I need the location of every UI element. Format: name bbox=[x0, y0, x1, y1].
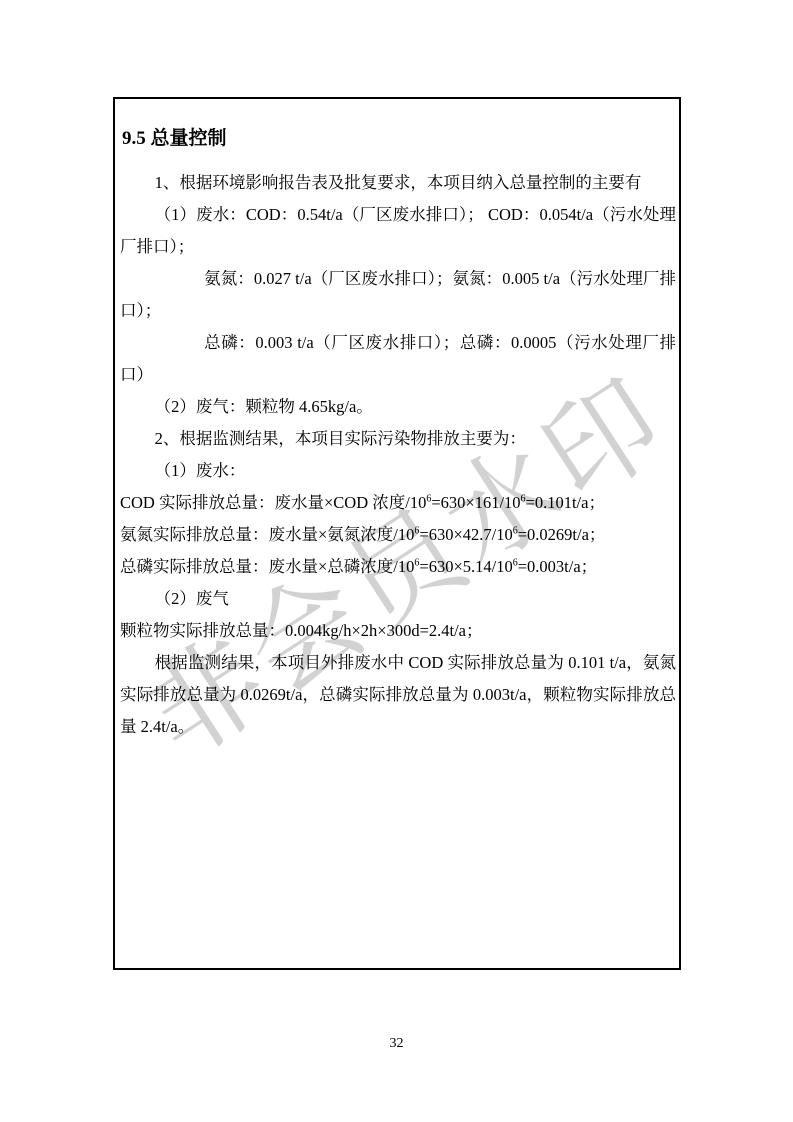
formula-text: COD 实际排放总量：废水量×COD 浓度/10 bbox=[120, 493, 426, 512]
document-page: 非会员水印 9.5 总量控制 1、根据环境影响报告表及批复要求，本项目纳入总量控… bbox=[0, 0, 793, 1122]
paragraph-wastewater-label: （1）废水： bbox=[120, 455, 676, 487]
paragraph-total-control-intro: 1、根据环境影响报告表及批复要求，本项目纳入总量控制的主要有 bbox=[120, 167, 676, 199]
formula-text: =0.101t/a； bbox=[526, 493, 605, 512]
formula-text: =630×5.14/10 bbox=[419, 557, 512, 576]
formula-text: =0.0269t/a； bbox=[518, 525, 606, 544]
content-border-box: 9.5 总量控制 1、根据环境影响报告表及批复要求，本项目纳入总量控制的主要有 … bbox=[113, 97, 681, 970]
formula-phosphorus-emission: 总磷实际排放总量：废水量×总磷浓度/106=630×5.14/106=0.003… bbox=[120, 551, 676, 583]
paragraph-total-phosphorus: 总磷：0.003 t/a（厂区废水排口）；总磷：0.0005（污水处理厂排口） bbox=[120, 327, 676, 391]
formula-text: =630×161/10 bbox=[431, 493, 520, 512]
section-heading: 9.5 总量控制 bbox=[122, 125, 676, 153]
formula-cod-emission: COD 实际排放总量：废水量×COD 浓度/106=630×161/106=0.… bbox=[120, 487, 676, 519]
paragraph-exhaust-label: （2）废气 bbox=[120, 583, 676, 615]
paragraph-wastewater-cod: （1）废水：COD：0.54t/a（厂区废水排口）； COD：0.054t/a（… bbox=[120, 199, 676, 263]
formula-particulate-emission: 颗粒物实际排放总量：0.004kg/h×2h×300d=2.4t/a； bbox=[120, 615, 676, 647]
formula-text: =0.003t/a； bbox=[518, 557, 597, 576]
paragraph-ammonia-nitrogen: 氨氮：0.027 t/a（厂区废水排口）；氨氮：0.005 t/a（污水处理厂排… bbox=[120, 263, 676, 327]
paragraph-monitoring-results: 2、根据监测结果，本项目实际污染物排放主要为： bbox=[120, 423, 676, 455]
paragraph-conclusion: 根据监测结果，本项目外排废水中 COD 实际排放总量为 0.101 t/a，氨氮… bbox=[120, 647, 676, 743]
formula-text: =630×42.7/10 bbox=[419, 525, 512, 544]
formula-text: 总磷实际排放总量：废水量×总磷浓度/10 bbox=[120, 557, 414, 576]
page-number: 32 bbox=[0, 1036, 793, 1052]
formula-text: 氨氮实际排放总量：废水量×氨氮浓度/10 bbox=[120, 525, 414, 544]
formula-ammonia-emission: 氨氮实际排放总量：废水量×氨氮浓度/106=630×42.7/106=0.026… bbox=[120, 519, 676, 551]
paragraph-exhaust-particulate: （2）废气：颗粒物 4.65kg/a。 bbox=[120, 391, 676, 423]
